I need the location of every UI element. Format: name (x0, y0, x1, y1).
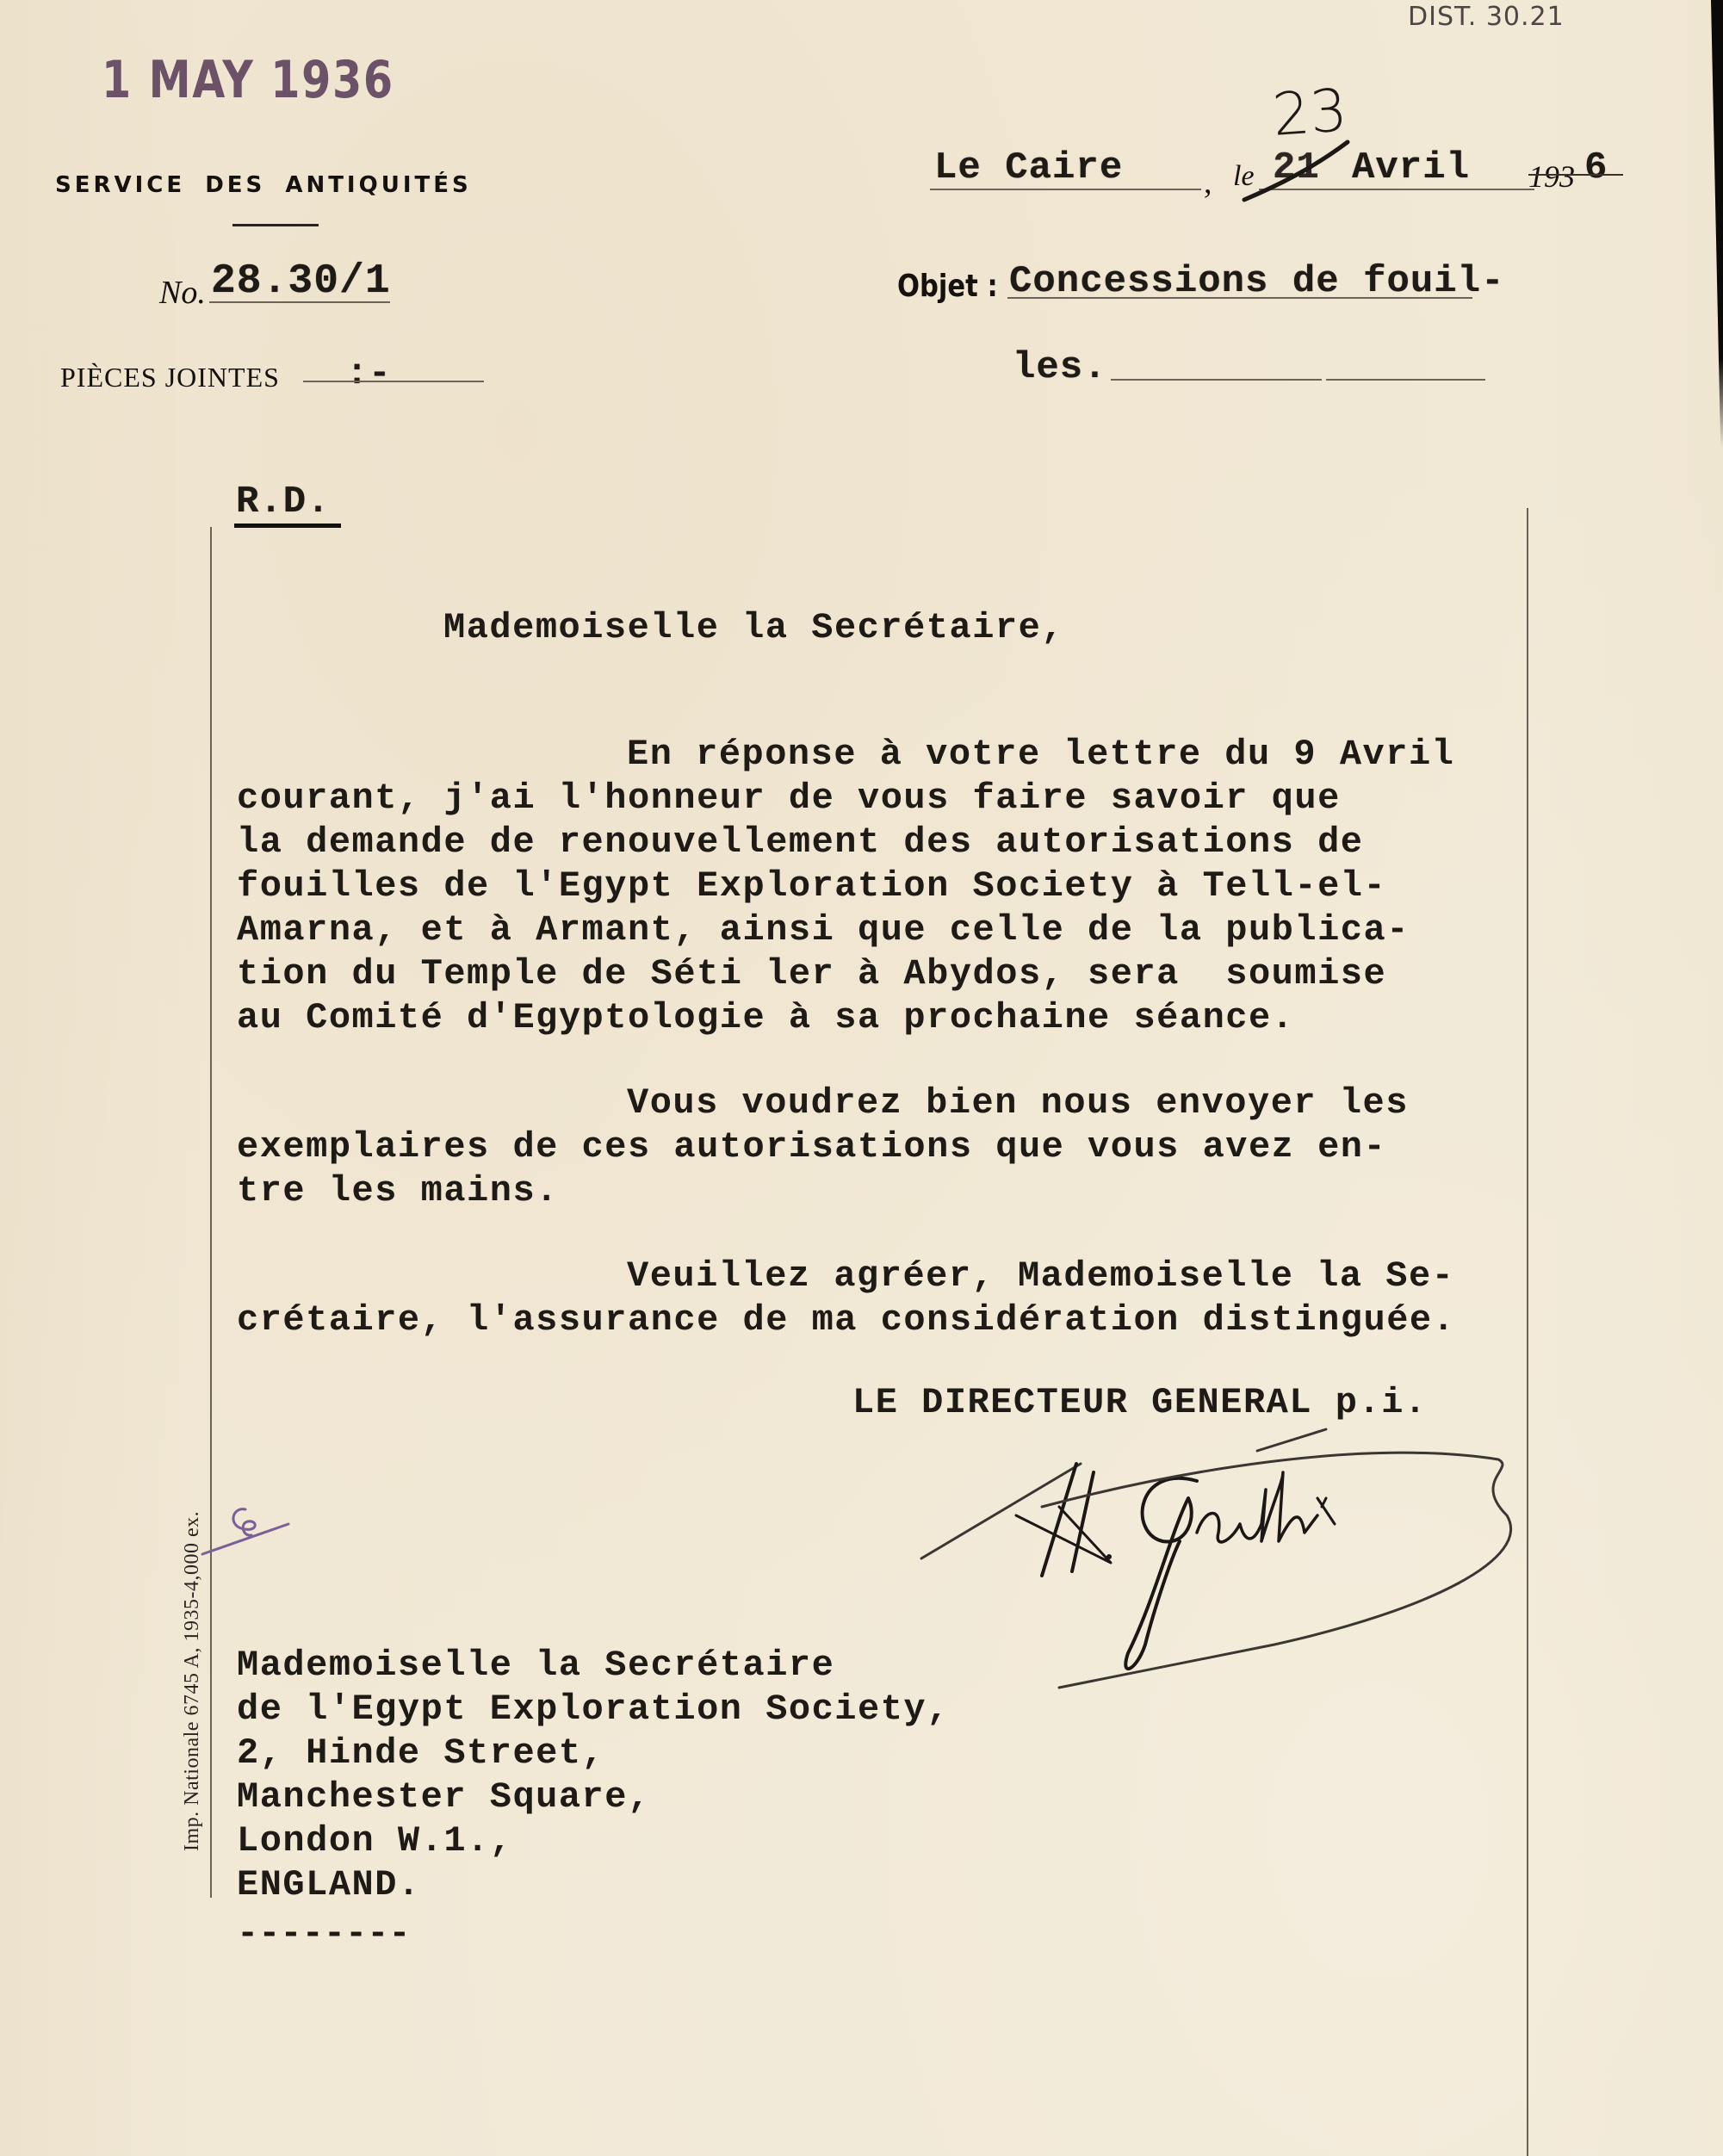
year-digit: 6 (1584, 146, 1608, 189)
reference-number: 28.30/1 (211, 258, 391, 305)
left-margin-rule (210, 527, 212, 1898)
body-line: En réponse à votre lettre du 9 Avril (627, 734, 1454, 775)
body-line: la demande de renouvellement des autoris… (237, 821, 1364, 863)
place: Le Caire (934, 146, 1123, 189)
scan-edge (1711, 0, 1723, 448)
receipt-date-stamp: 1 MAY 1936 (102, 50, 394, 110)
attachments-label: PIÈCES JOINTES (60, 362, 280, 393)
address-line: ENGLAND. (237, 1864, 421, 1905)
body-line: tre les mains. (237, 1170, 559, 1211)
purple-pencil-mark (198, 1502, 293, 1563)
letterhead-divider (232, 224, 319, 226)
year-printed: 193 (1528, 158, 1575, 195)
body-line: exemplaires de ces autorisations que vou… (237, 1126, 1386, 1168)
body-line: au Comité d'Egyptologie à sa prochaine s… (237, 997, 1294, 1038)
place-underline (930, 189, 1201, 190)
subject-line-2: les. (1013, 346, 1107, 389)
handwritten-signature: H. Gauthier (913, 1412, 1636, 1688)
initials-underline (234, 524, 341, 528)
number-underline (209, 301, 390, 303)
address-line: de l'Egypt Exploration Society, (237, 1688, 950, 1730)
subject-underline-2a (1111, 379, 1322, 381)
body-line: fouilles de l'Egypt Exploration Society … (237, 865, 1386, 907)
address-line: Manchester Square, (237, 1776, 651, 1818)
year-underline (1528, 174, 1623, 176)
dateline-comma: , (1204, 164, 1212, 201)
attachments-value: :- (346, 353, 391, 394)
number-label: No. (159, 274, 206, 312)
body-line: Veuillez agréer, Mademoiselle la Se- (627, 1255, 1454, 1297)
right-margin-rule (1527, 508, 1528, 2156)
salutation: Mademoiselle la Secrétaire, (443, 607, 1064, 648)
body-line: Vous voudrez bien nous envoyer les (627, 1082, 1409, 1124)
organization-name: SERVICE DES ANTIQUITÉS (55, 172, 472, 198)
body-line: crétaire, l'assurance de ma considératio… (237, 1299, 1455, 1341)
archive-reference: DIST. 30.21 (1408, 2, 1565, 32)
address-line: London W.1., (237, 1820, 512, 1862)
month: Avril (1352, 146, 1470, 189)
body-line: Amarna, et à Armant, ainsi que celle de … (237, 909, 1410, 951)
address-line: Mademoiselle la Secrétaire (237, 1645, 834, 1686)
strike-through-mark (1231, 138, 1352, 207)
subject-label: Objet : (897, 269, 998, 304)
closing-dash-line: -------- (237, 1913, 411, 1955)
subject-underline-2b (1326, 379, 1485, 381)
address-line: 2, Hinde Street, (237, 1732, 604, 1774)
body-line: courant, j'ai l'honneur de vous faire sa… (237, 778, 1341, 819)
attachments-underline (303, 381, 484, 382)
body-line: tion du Temple de Séti ler à Abydos, ser… (237, 953, 1386, 994)
subject-underline-1 (1007, 297, 1472, 299)
typist-initials: R.D. (236, 480, 331, 524)
